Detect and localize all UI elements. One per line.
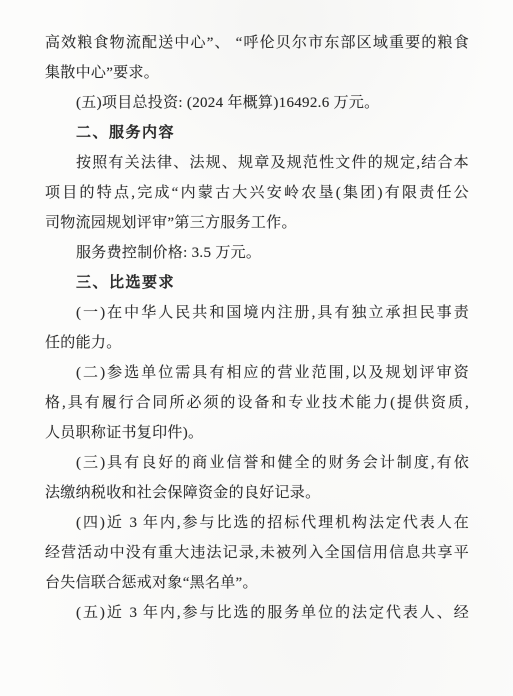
text-line: 二、服务内容 [45,118,469,148]
document-page: 高效粮食物流配送中心”、 “呼伦贝尔市东部区域重要的粮食集散中心”要求。(五)项… [0,0,513,696]
text-line: (三)具有良好的商业信誉和健全的财务会计制度,有依 [45,448,469,478]
paragraph: (五)项目总投资: (2024 年概算)16492.6 万元。 [45,88,469,118]
text-line: 格,具有履行合同所必须的设备和专业技术能力(提供资质, [45,388,469,418]
paragraph: (一)在中华人民共和国境内注册,具有独立承担民事责任的能力。 [45,298,469,358]
text-line: 项目的特点,完成“内蒙古大兴安岭农垦(集团)有限责任公 [45,178,469,208]
text-line: (五)项目总投资: (2024 年概算)16492.6 万元。 [45,88,469,118]
text-line: (四)近 3 年内,参与比选的招标代理机构法定代表人在 [45,508,469,538]
section-heading: 二、服务内容 [45,118,469,148]
text-line: 司物流园规划评审”第三方服务工作。 [45,208,469,238]
text-line: (一)在中华人民共和国境内注册,具有独立承担民事责 [45,298,469,328]
section-heading: 三、比选要求 [45,268,469,298]
text-line: 人员职称证书复印件)。 [45,418,469,448]
text-line: 三、比选要求 [45,268,469,298]
text-line: 任的能力。 [45,328,469,358]
text-line: 高效粮食物流配送中心”、 “呼伦贝尔市东部区域重要的粮食 [45,28,469,58]
paragraph: 服务费控制价格: 3.5 万元。 [45,238,469,268]
paragraph: 按照有关法律、法规、规章及规范性文件的规定,结合本项目的特点,完成“内蒙古大兴安… [45,148,469,238]
paragraph: (三)具有良好的商业信誉和健全的财务会计制度,有依法缴纳税收和社会保障资金的良好… [45,448,469,508]
text-line: (二)参选单位需具有相应的营业范围,以及规划评审资 [45,358,469,388]
text-line: 经营活动中没有重大违法记录,未被列入全国信用信息共享平 [45,538,469,568]
text-line: (五)近 3 年内,参与比选的服务单位的法定代表人、经 [45,598,469,628]
paragraph: (二)参选单位需具有相应的营业范围,以及规划评审资格,具有履行合同所必须的设备和… [45,358,469,448]
text-line: 台失信联合惩戒对象“黑名单”。 [45,568,469,598]
paragraph: (五)近 3 年内,参与比选的服务单位的法定代表人、经 [45,598,469,628]
paragraph: (四)近 3 年内,参与比选的招标代理机构法定代表人在经营活动中没有重大违法记录… [45,508,469,598]
text-line: 服务费控制价格: 3.5 万元。 [45,238,469,268]
document-content: 高效粮食物流配送中心”、 “呼伦贝尔市东部区域重要的粮食集散中心”要求。(五)项… [45,28,469,628]
text-line: 集散中心”要求。 [45,58,469,88]
paragraph: 高效粮食物流配送中心”、 “呼伦贝尔市东部区域重要的粮食集散中心”要求。 [45,28,469,88]
text-line: 法缴纳税收和社会保障资金的良好记录。 [45,478,469,508]
text-line: 按照有关法律、法规、规章及规范性文件的规定,结合本 [45,148,469,178]
